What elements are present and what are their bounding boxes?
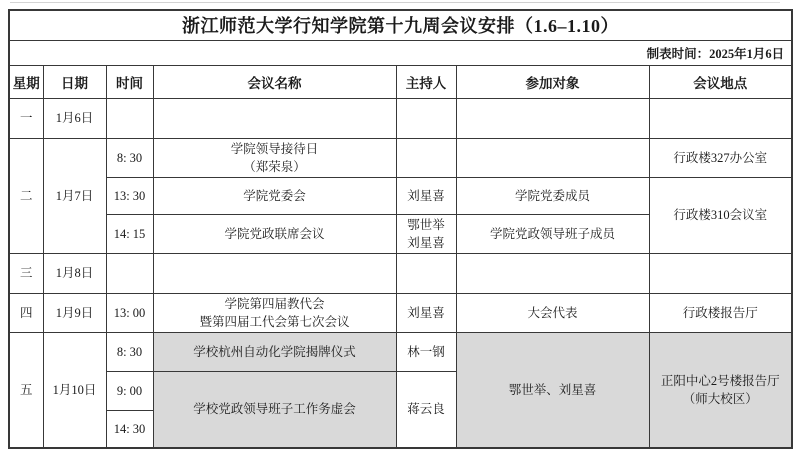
table-cell: 学院领导接待日 （郑荣泉） — [153, 138, 396, 177]
table-cell — [456, 98, 649, 138]
table-cell: 鄂世举 刘星喜 — [396, 214, 456, 253]
table-cell: 13: 00 — [106, 294, 153, 333]
table-cell: 林一钢 — [396, 333, 456, 372]
table-cell: 行政楼327办公室 — [649, 138, 792, 177]
table-cell — [153, 254, 396, 294]
table-cell: 1月6日 — [43, 98, 106, 138]
table-cell: 五 — [9, 333, 43, 448]
table-cell — [106, 98, 153, 138]
table-cell: 四 — [9, 294, 43, 333]
table-cell: 学院党政领导班子成员 — [456, 214, 649, 253]
table-cell: 三 — [9, 254, 43, 294]
table-cell: 二 — [9, 138, 43, 254]
table-row: 13: 30学院党委会刘星喜学院党委成员行政楼310会议室 — [9, 177, 792, 214]
cropped-text-artifact — [10, 2, 780, 3]
table-cell: 学校党政领导班子工作务虚会 — [153, 372, 396, 448]
table-cell: 1月10日 — [43, 333, 106, 448]
table-row: 二1月7日8: 30学院领导接待日 （郑荣泉）行政楼327办公室 — [9, 138, 792, 177]
column-header-row: 星期日期时间会议名称主持人参加对象会议地点 — [9, 65, 792, 98]
table-cell — [456, 138, 649, 177]
meeting-schedule-table: 浙江师范大学行知学院第十九周会议安排（1.6–1.10） 制表时间：2025年1… — [8, 9, 793, 449]
table-cell: 一 — [9, 98, 43, 138]
column-header-3: 会议名称 — [153, 65, 396, 98]
table-row: 四1月9日13: 00学院第四届教代会 暨第四届工代会第七次会议刘星喜大会代表行… — [9, 294, 792, 333]
title-row: 浙江师范大学行知学院第十九周会议安排（1.6–1.10） — [9, 10, 792, 40]
table-cell: 1月7日 — [43, 138, 106, 254]
table-cell: 13: 30 — [106, 177, 153, 214]
table-cell: 1月9日 — [43, 294, 106, 333]
table-cell: 刘星喜 — [396, 177, 456, 214]
column-header-6: 会议地点 — [649, 65, 792, 98]
made-time-label: 制表时间：2025年1月6日 — [9, 40, 792, 65]
table-cell — [396, 254, 456, 294]
table-cell: 正阳中心2号楼报告厅 （师大校区） — [649, 333, 792, 448]
table-cell: 行政楼310会议室 — [649, 177, 792, 253]
meta-row: 制表时间：2025年1月6日 — [9, 40, 792, 65]
table-cell — [649, 98, 792, 138]
table-cell: 学院党政联席会议 — [153, 214, 396, 253]
table-cell — [456, 254, 649, 294]
table-cell: 行政楼报告厅 — [649, 294, 792, 333]
table-cell: 刘星喜 — [396, 294, 456, 333]
column-header-5: 参加对象 — [456, 65, 649, 98]
table-cell: 学校杭州自动化学院揭牌仪式 — [153, 333, 396, 372]
table-cell: 学院党委成员 — [456, 177, 649, 214]
table-cell: 学院党委会 — [153, 177, 396, 214]
schedule-body: 一1月6日二1月7日8: 30学院领导接待日 （郑荣泉）行政楼327办公室13:… — [9, 98, 792, 448]
table-cell — [649, 254, 792, 294]
table-cell: 鄂世举、刘星喜 — [456, 333, 649, 448]
page-title: 浙江师范大学行知学院第十九周会议安排（1.6–1.10） — [9, 10, 792, 40]
table-row: 五1月10日8: 30学校杭州自动化学院揭牌仪式林一钢鄂世举、刘星喜正阳中心2号… — [9, 333, 792, 372]
table-cell — [106, 254, 153, 294]
table-cell: 学院第四届教代会 暨第四届工代会第七次会议 — [153, 294, 396, 333]
column-header-4: 主持人 — [396, 65, 456, 98]
table-cell: 8: 30 — [106, 333, 153, 372]
table-cell — [396, 98, 456, 138]
table-row: 三1月8日 — [9, 254, 792, 294]
table-cell: 8: 30 — [106, 138, 153, 177]
table-cell — [396, 138, 456, 177]
table-cell — [153, 98, 396, 138]
column-header-1: 日期 — [43, 65, 106, 98]
table-cell: 1月8日 — [43, 254, 106, 294]
table-cell: 蒋云良 — [396, 372, 456, 448]
table-cell: 14: 15 — [106, 214, 153, 253]
column-header-2: 时间 — [106, 65, 153, 98]
table-cell: 大会代表 — [456, 294, 649, 333]
table-cell: 9: 00 — [106, 372, 153, 411]
column-header-0: 星期 — [9, 65, 43, 98]
table-row: 一1月6日 — [9, 98, 792, 138]
table-cell: 14: 30 — [106, 411, 153, 448]
